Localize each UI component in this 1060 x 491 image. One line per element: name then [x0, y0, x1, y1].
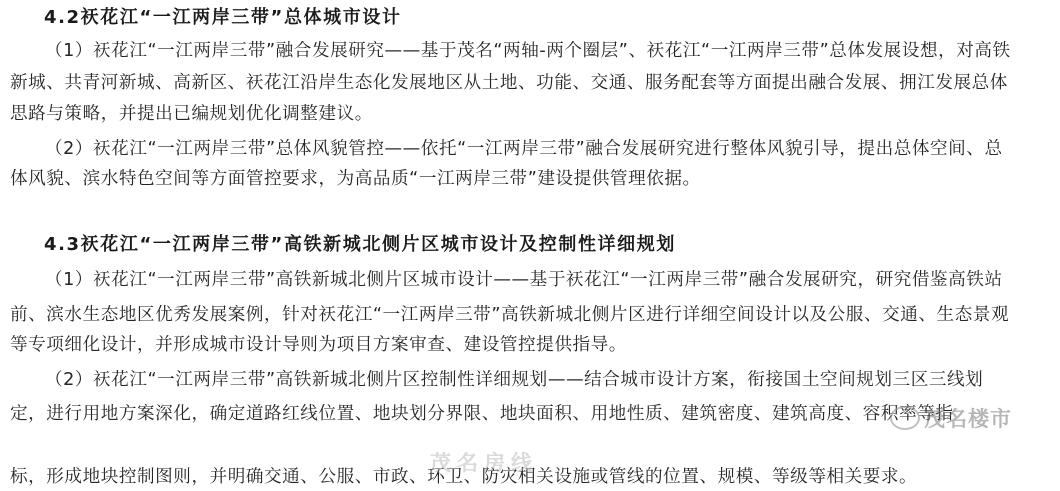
paragraph-line: 体风貌、滨水特色空间等方面管控要求，为高品质“一江两岸三带”建设提供管理依据。	[10, 168, 1060, 190]
paragraph-line: （1）祆花江“一江两岸三带”高铁新城北侧片区城市设计——基于祆花江“一江两岸三带…	[45, 269, 1060, 291]
paragraph-line: 标，形成地块控制图则，并明确交通、公服、市政、环卫、防灾相关设施或管线的位置、规…	[10, 466, 1060, 488]
paragraph-line: 思路与策略，并提出已编规划优化调整建议。	[10, 103, 1060, 125]
paragraph-line: 前、滨水生态地区优秀发展案例，针对祆花江“一江两岸三带”高铁新城北侧片区进行详细…	[10, 304, 1060, 326]
section-heading-4-3: 4.3祆花江“一江两岸三带”高铁新城北侧片区城市设计及控制性详细规划	[44, 234, 676, 256]
paragraph-line: （2）祆花江“一江两岸三带”高铁新城北侧片区控制性详细规划——结合城市设计方案，…	[45, 369, 1060, 391]
paragraph-line: （2）祆花江“一江两岸三带”总体风貌管控——依托“一江两岸三带”融合发展研究进行…	[45, 138, 1060, 160]
section-heading-4-2: 4.2祆花江“一江两岸三带”总体城市设计	[44, 7, 402, 29]
paragraph-line: 新城、共青河新城、高新区、祆花江沿岸生态化发展地区从土地、功能、交通、服务配套等…	[10, 72, 1060, 94]
paragraph-line: 等专项细化设计，并形成城市设计导则为项目方案审查、建设管控提供指导。	[10, 334, 1060, 356]
document-page: 4.2祆花江“一江两岸三带”总体城市设计 （1）祆花江“一江两岸三带”融合发展研…	[0, 0, 1060, 491]
paragraph-line: 定，进行用地方案深化，确定道路红线位置、地块划分界限、地块面积、用地性质、建筑密…	[10, 403, 1060, 425]
paragraph-line: （1）祆花江“一江两岸三带”融合发展研究——基于茂名“两轴-两个圈层”、祆花江“…	[45, 40, 1060, 62]
